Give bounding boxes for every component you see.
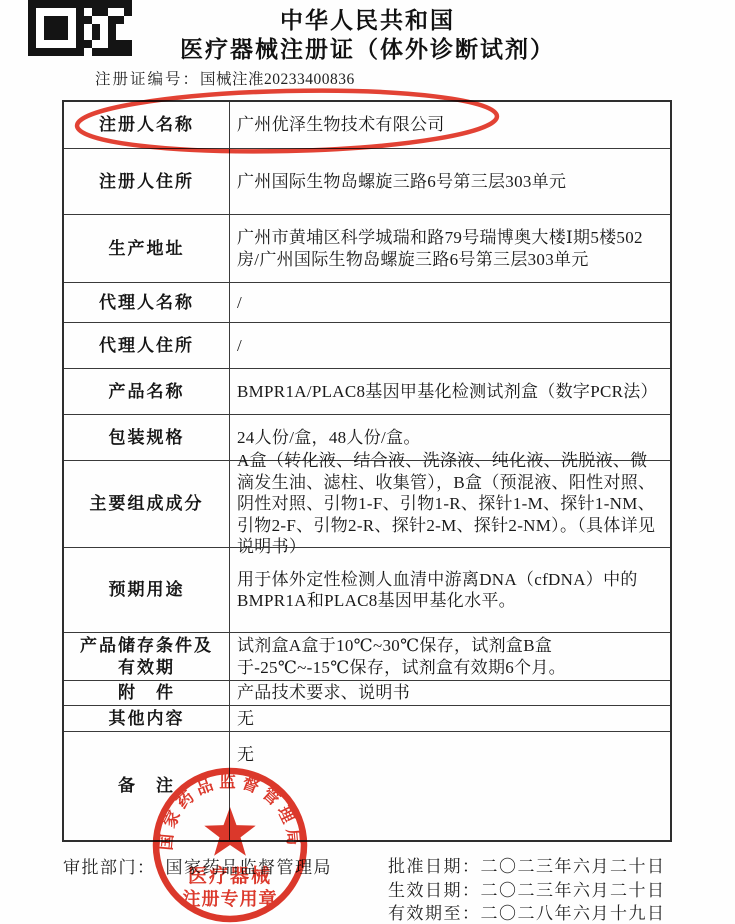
dates-block: 批准日期：二〇二三年六月二十日 生效日期：二〇二三年六月二十日 有效期至：二〇二… — [388, 855, 666, 924]
table-row-product-name: 产品名称 BMPR1A/PLAC8基因甲基化检测试剂盒（数字PCR法） — [64, 368, 670, 414]
row-label: 注册人住所 — [64, 149, 230, 214]
row-value: 试剂盒A盒于10℃~30℃保存，试剂盒B盒于-25℃~-15℃保存，试剂盒有效期… — [230, 633, 670, 680]
effective-date-value: 二〇二三年六月二十日 — [481, 881, 666, 900]
row-label: 产品储存条件及 有效期 — [64, 633, 230, 680]
row-value: 用于体外定性检测人血清中游离DNA（cfDNA）中的BMPR1A和PLAC8基因… — [230, 548, 670, 632]
row-label: 生产地址 — [64, 215, 230, 282]
approval-date-line: 批准日期：二〇二三年六月二十日 — [388, 855, 666, 879]
certificate-page: 中华人民共和国 医疗器械注册证（体外诊断试剂） 注册证编号：国械注准202334… — [0, 0, 735, 924]
effective-date-line: 生效日期：二〇二三年六月二十日 — [388, 879, 666, 903]
table-row-registrant-address: 注册人住所 广州国际生物岛螺旋三路6号第三层303单元 — [64, 148, 670, 214]
table-row-intended-use: 预期用途 用于体外定性检测人血清中游离DNA（cfDNA）中的BMPR1A和PL… — [64, 547, 670, 632]
table-row-production-address: 生产地址 广州市黄埔区科学城瑞和路79号瑞博奥大楼Ⅰ期5楼502房/广州国际生物… — [64, 214, 670, 282]
approval-date-label: 批准日期： — [388, 857, 481, 876]
table-row-agent-address: 代理人住所 / — [64, 322, 670, 368]
row-value: 广州国际生物岛螺旋三路6号第三层303单元 — [230, 149, 670, 214]
expiry-date-value: 二〇二八年六月十九日 — [481, 904, 666, 923]
row-value: / — [230, 323, 670, 368]
title-country: 中华人民共和国 — [0, 6, 735, 35]
page-title: 医疗器械注册证（体外诊断试剂） — [0, 35, 735, 64]
title-block: 中华人民共和国 医疗器械注册证（体外诊断试剂） — [0, 6, 735, 64]
expiry-date-line: 有效期至：二〇二八年六月十九日 — [388, 902, 666, 924]
row-label: 备 注 — [64, 732, 230, 840]
table-row-other-content: 其他内容 无 — [64, 705, 670, 731]
approval-date-value: 二〇二三年六月二十日 — [481, 857, 666, 876]
table-row-registrant-name: 注册人名称 广州优泽生物技术有限公司 — [64, 102, 670, 148]
table-row-main-components: 主要组成成分 A盒（转化液、结合液、洗涤液、纯化液、洗脱液、微滴发生油、滤柱、收… — [64, 460, 670, 547]
row-value: 广州市黄埔区科学城瑞和路79号瑞博奥大楼Ⅰ期5楼502房/广州国际生物岛螺旋三路… — [230, 215, 670, 282]
expiry-date-label: 有效期至： — [388, 904, 481, 923]
table-row-attachments: 附 件 产品技术要求、说明书 — [64, 680, 670, 705]
row-label: 预期用途 — [64, 548, 230, 632]
effective-date-label: 生效日期： — [388, 881, 481, 900]
row-label: 产品名称 — [64, 369, 230, 414]
row-value: BMPR1A/PLAC8基因甲基化检测试剂盒（数字PCR法） — [230, 369, 670, 414]
table-row-agent-name: 代理人名称 / — [64, 282, 670, 322]
approval-department-value: 国家药品监督管理局 — [166, 858, 333, 877]
cert-number-label: 注册证编号： — [95, 71, 200, 88]
row-label: 附 件 — [64, 681, 230, 705]
row-label: 代理人住所 — [64, 323, 230, 368]
row-label: 包装规格 — [64, 415, 230, 460]
row-label: 注册人名称 — [64, 102, 230, 148]
cert-number-line: 注册证编号：国械注准20233400836 — [95, 67, 355, 89]
row-value: 无 — [230, 732, 670, 840]
cert-number-value: 国械注准20233400836 — [200, 71, 355, 88]
row-value: 广州优泽生物技术有限公司 — [230, 102, 670, 148]
table-row-remarks: 备 注 无 — [64, 731, 670, 840]
approval-department-label: 审批部门： — [63, 858, 156, 877]
row-label: 其他内容 — [64, 706, 230, 731]
row-value: 产品技术要求、说明书 — [230, 681, 670, 705]
row-label: 主要组成成分 — [64, 461, 230, 547]
certificate-table: 注册人名称 广州优泽生物技术有限公司 注册人住所 广州国际生物岛螺旋三路6号第三… — [62, 100, 672, 842]
row-label: 代理人名称 — [64, 283, 230, 322]
table-row-storage-conditions: 产品储存条件及 有效期 试剂盒A盒于10℃~30℃保存，试剂盒B盒于-25℃~-… — [64, 632, 670, 680]
approval-department-line: 审批部门：国家药品监督管理局 — [63, 853, 332, 878]
row-value: A盒（转化液、结合液、洗涤液、纯化液、洗脱液、微滴发生油、滤柱、收集管），B盒（… — [230, 461, 670, 547]
row-value: / — [230, 283, 670, 322]
row-value: 无 — [230, 706, 670, 731]
stamp-text-line2: 注册专用章 — [183, 888, 278, 909]
